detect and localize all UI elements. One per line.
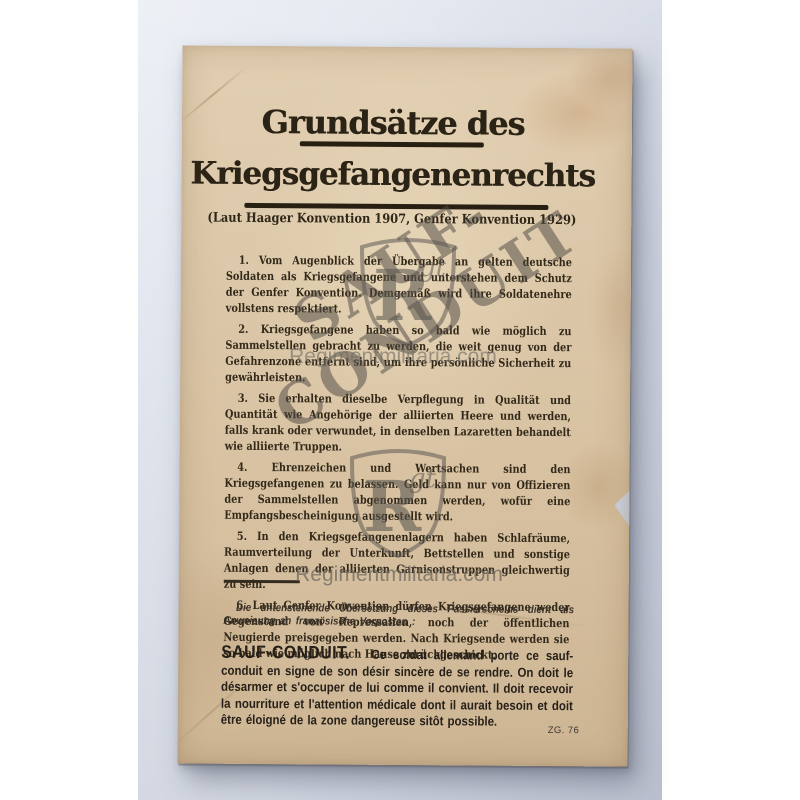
paragraph-5: 5. In den Kriegsgefangenenlagern haben S…	[224, 528, 570, 594]
title-underline-2	[244, 203, 548, 210]
title-underline-1	[300, 141, 484, 147]
photo-background: Grundsätze des Kriegsgefangenenrechts (L…	[138, 0, 662, 800]
paragraph-3: 3. Sie erhalten dieselbe Verpflegung in …	[225, 390, 571, 456]
sauf-conduit-heading: SAUF-CONDUIT.	[221, 642, 350, 663]
translation-note: Die untenstehende Übersetzung dieses Pas…	[223, 602, 574, 629]
section-divider-line	[224, 580, 300, 583]
leaflet-paper: Grundsätze des Kriegsgefangenenrechts (L…	[177, 45, 632, 766]
paragraph-1: 1. Vom Augenblick der Übergabe an gelten…	[226, 252, 572, 318]
paper-tear-notch	[611, 488, 631, 528]
document-title-line2: Kriegsgefangenenrechts	[181, 155, 603, 194]
sauf-conduit-section: SAUF-CONDUIT. Ce soldat allemand porte c…	[221, 644, 574, 731]
document-subtitle: (Laut Haager Konvention 1907, Genfer Kon…	[181, 210, 603, 228]
paragraph-2: 2. Kriegsgefangene haben so bald wie mög…	[225, 321, 571, 387]
document-title-line1: Grundsätze des	[182, 103, 604, 142]
form-code: ZG. 76	[548, 725, 580, 736]
paragraph-4: 4. Ehrenzeichen und Wertsachen sind den …	[224, 459, 570, 525]
product-photo-page: Grundsätze des Kriegsgefangenenrechts (L…	[0, 0, 800, 800]
